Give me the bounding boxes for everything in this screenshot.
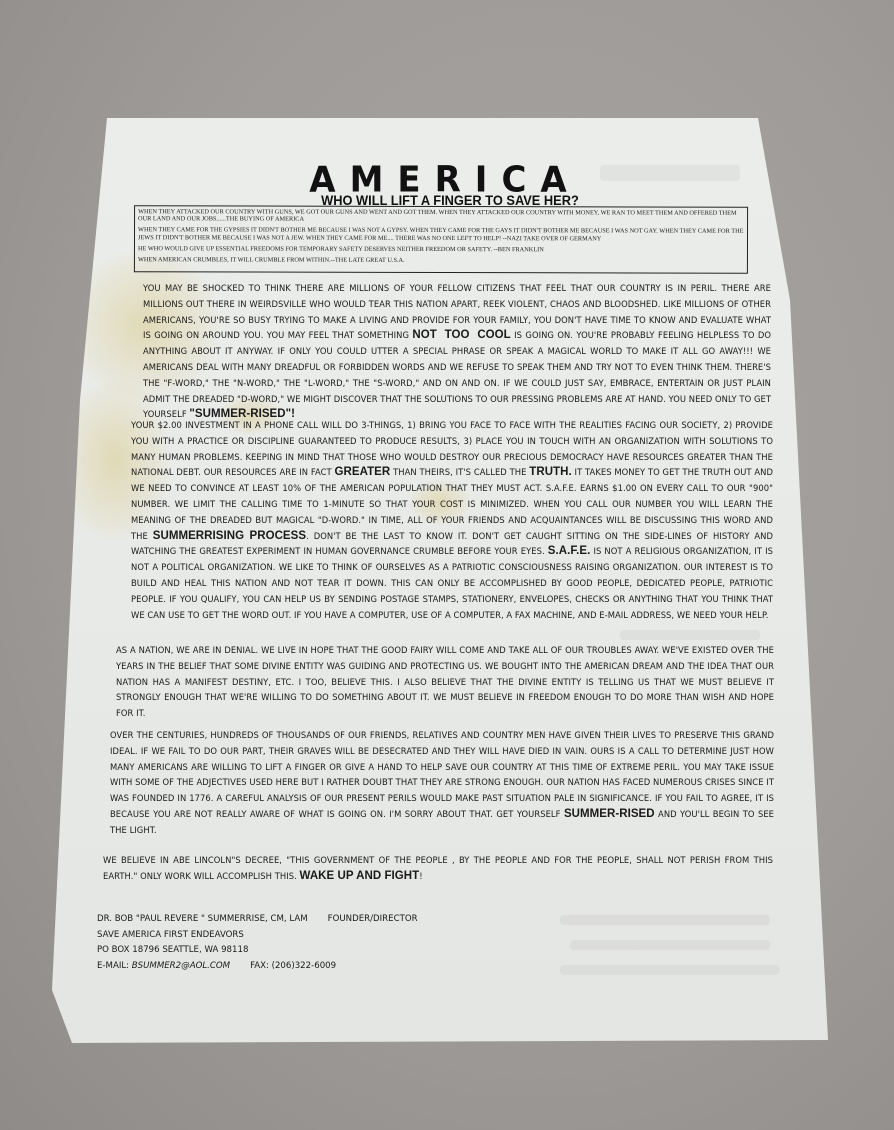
mailing-address: PO BOX 18796 SEATTLE, WA 98118 [97,943,418,959]
email-label: E-MAIL: [97,961,129,971]
paragraph-1: YOU MAY BE SHOCKED TO THINK THERE ARE MI… [143,281,771,423]
paragraph-4: OVER THE CENTURIES, HUNDREDS OF THOUSAND… [110,728,774,839]
emphasis-text: SUMMER-RISED [564,808,655,820]
flyer-content: AMERICA WHO WILL LIFT A FINGER TO SAVE H… [0,0,894,1130]
quote-box: WHEN THEY ATTACKED OUR COUNTRY WITH GUNS… [134,205,748,274]
text: IS GOING ON. YOU'RE PROBABLY FEELING HEL… [143,330,771,419]
quote: WHEN THEY CAME FOR THE GYPSIES IT DIDN'T… [138,227,744,243]
text: OVER THE CENTURIES, HUNDREDS OF THOUSAND… [110,730,774,819]
organization-name: SAVE AMERICA FIRST ENDEAVORS [97,928,418,944]
emphasis-text: GREATER [335,466,391,478]
fax-number: FAX: (206)322-6009 [250,961,336,971]
text: THAN THEIRS, IT'S CALLED THE [393,467,526,477]
paragraph-2: YOUR $2.00 INVESTMENT IN A PHONE CALL WI… [131,418,773,623]
emphasis-text: NOT TOO COOL [412,329,510,341]
text: ! [419,871,422,881]
text: WE BELIEVE IN ABE LINCOLN"S DECREE, "THI… [103,855,773,881]
signer-role: FOUNDER/DIRECTOR [328,914,418,924]
emphasis-text: S.A.F.E. [548,545,591,557]
paragraph-3: AS A NATION, WE ARE IN DENIAL. WE LIVE I… [116,643,774,722]
quote: WHEN AMERICAN CRUMBLES, IT WILL CRUMBLE … [138,256,744,265]
emphasis-text: WAKE UP AND FIGHT [300,870,420,882]
emphasis-text: SUMMERRISING PROCESS [153,530,306,542]
signature-block: DR. BOB "PAUL REVERE " SUMMERRISE, CM, L… [97,912,418,974]
paragraph-5: WE BELIEVE IN ABE LINCOLN"S DECREE, "THI… [103,853,773,885]
quote: HE WHO WOULD GIVE UP ESSENTIAL FREEDOMS … [138,245,744,254]
email-address: BSUMMER2@AOL.COM [132,961,230,971]
emphasis-text: TRUTH. [529,466,571,478]
text: IS NOT A RELIGIOUS ORGANIZATION, IT IS N… [131,546,773,619]
quote: WHEN THEY ATTACKED OUR COUNTRY WITH GUNS… [138,208,744,224]
signer-name: DR. BOB "PAUL REVERE " SUMMERRISE, CM, L… [97,914,308,924]
